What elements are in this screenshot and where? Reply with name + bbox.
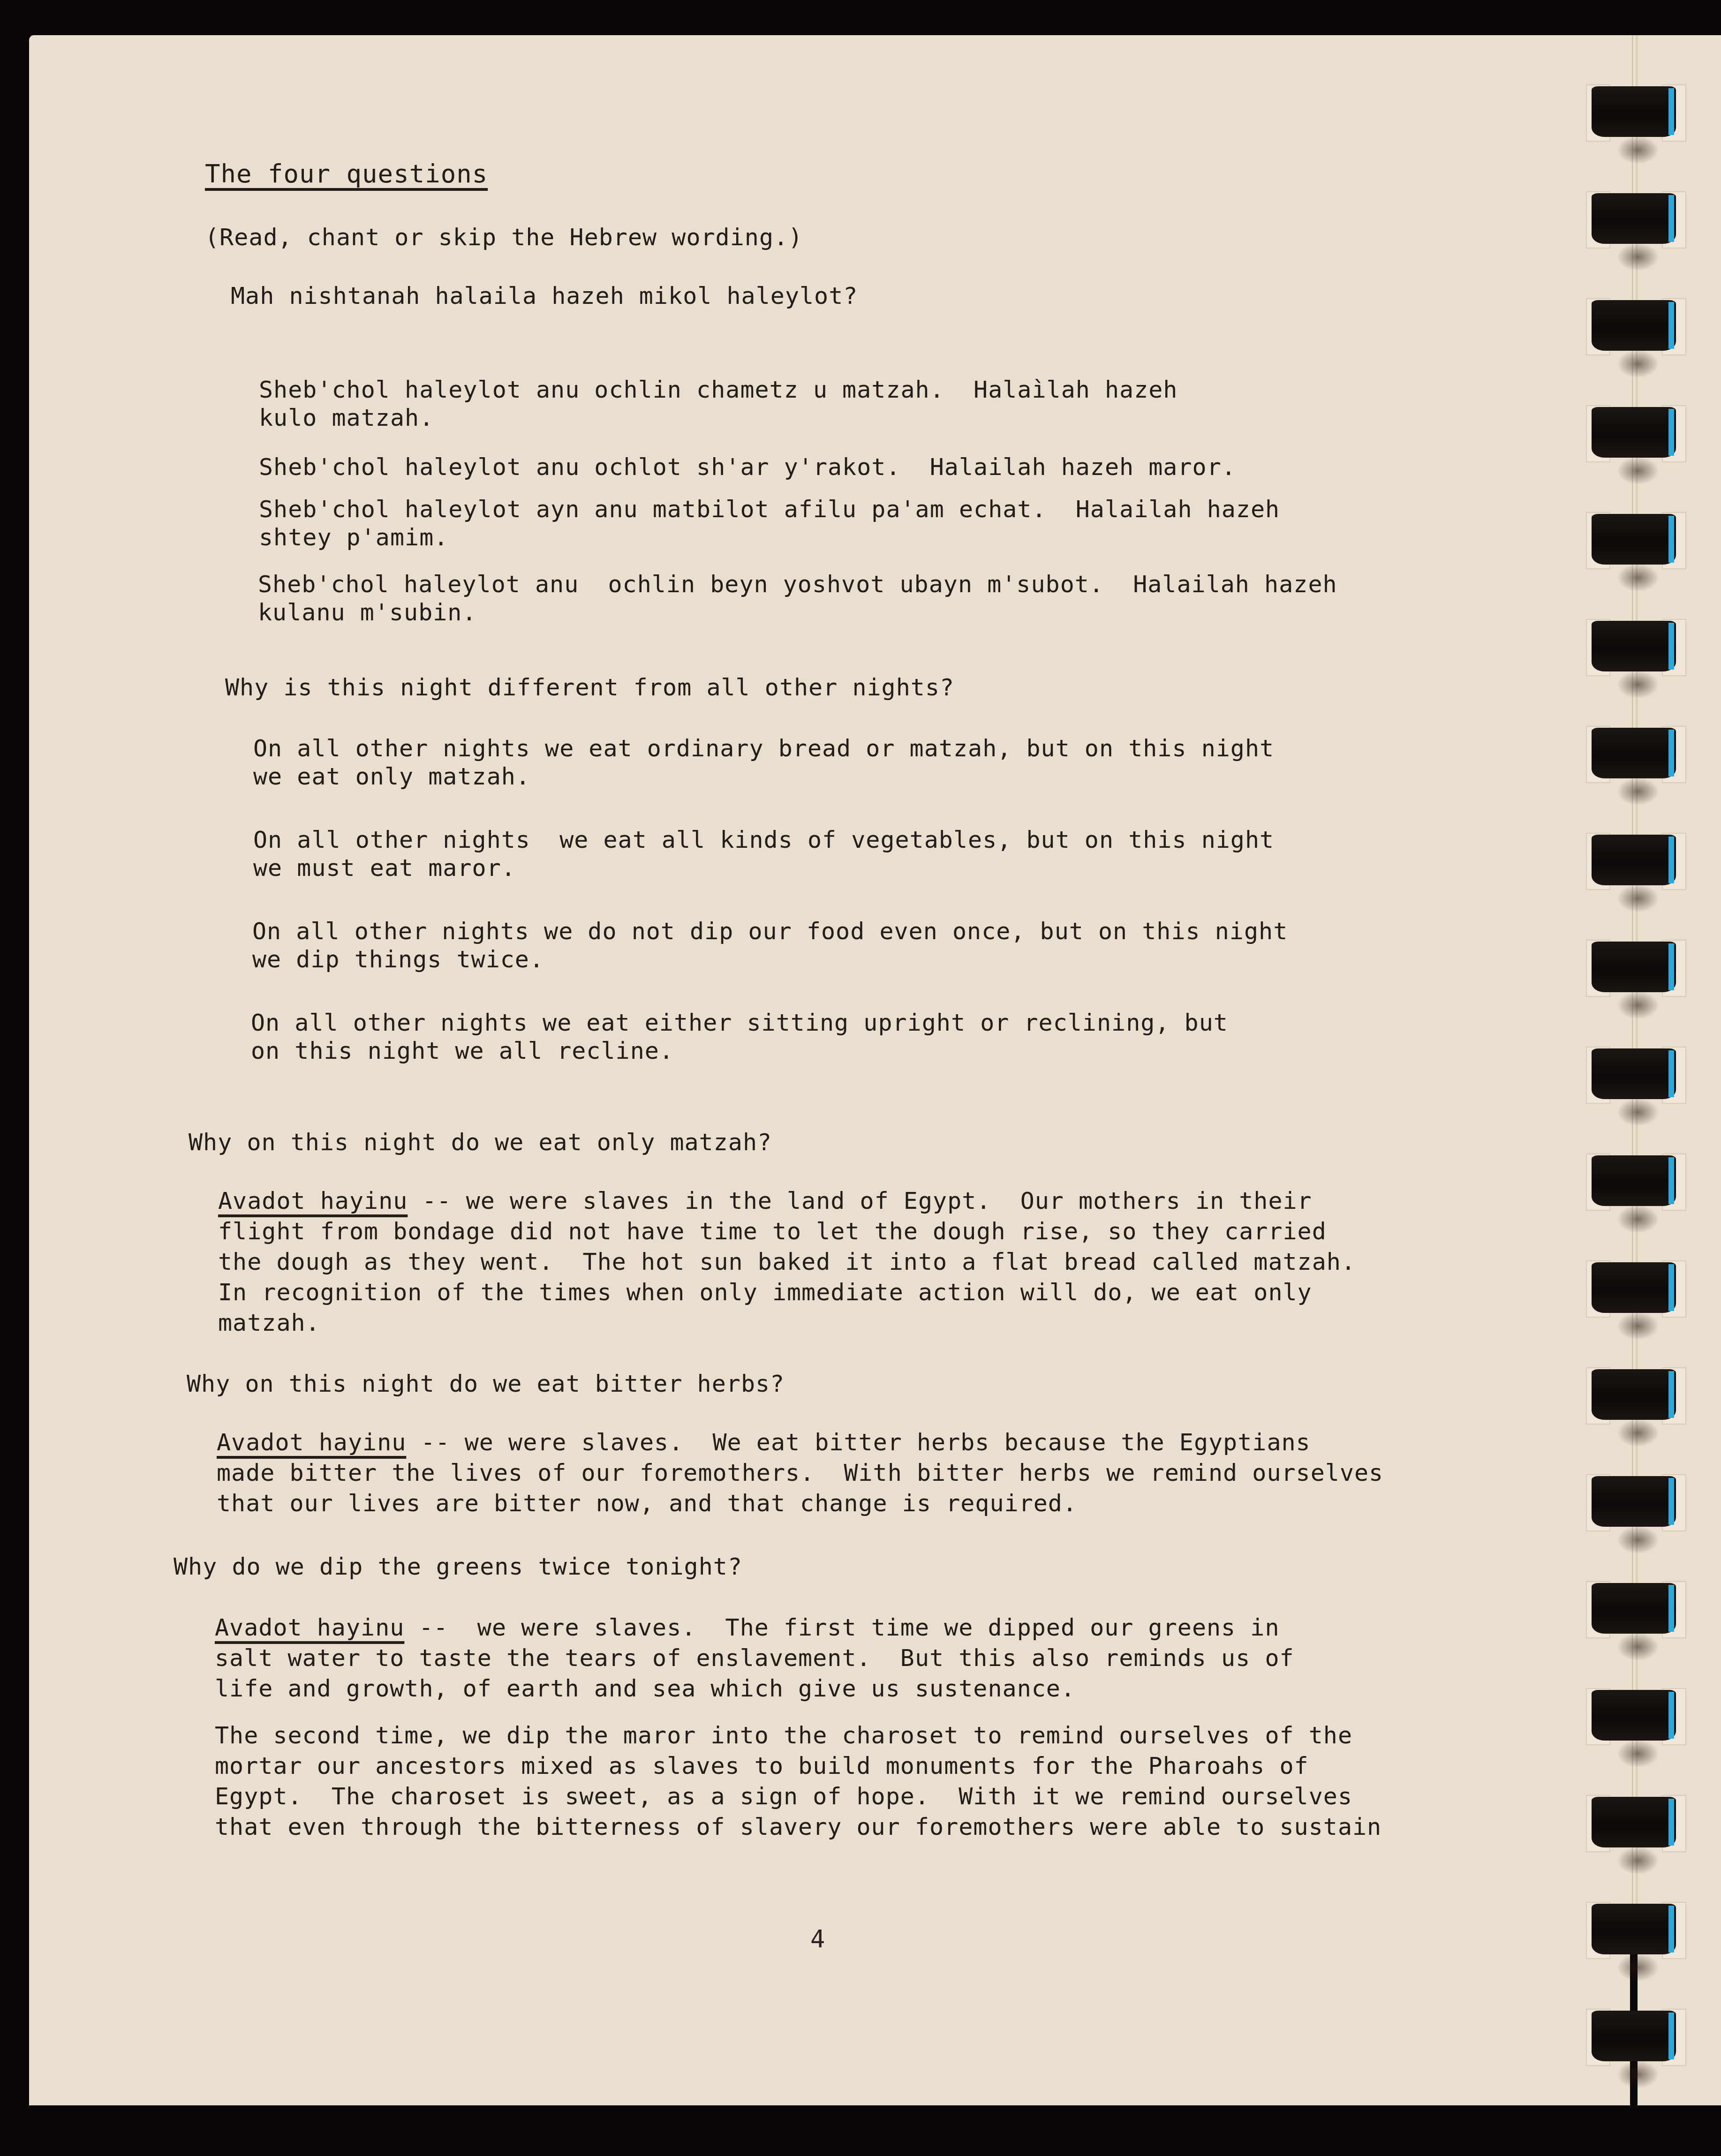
- avadot-hayinu-lead: Avadot hayinu: [218, 1187, 408, 1214]
- section-body-matzah-line2: flight from bondage did not have time to…: [218, 1217, 1327, 1246]
- section-continuation-line2: mortar our ancestors mixed as slaves to …: [215, 1751, 1309, 1780]
- section-question-matzah: Why on this night do we eat only matzah?: [189, 1128, 772, 1157]
- hebrew-answer-1a: Sheb'chol haleylot anu ochlin chametz u …: [259, 375, 1178, 404]
- avadot-hayinu-lead: Avadot hayinu: [217, 1429, 406, 1456]
- english-answer-4a: On all other nights we eat either sittin…: [251, 1008, 1228, 1037]
- english-answer-2b: we must eat maror.: [253, 853, 516, 882]
- section-continuation-line1: The second time, we dip the maror into t…: [215, 1721, 1352, 1750]
- binding-ring: [1589, 726, 1683, 781]
- hebrew-answer-4a: Sheb'chol haleylot anu ochlin beyn yoshv…: [258, 570, 1337, 599]
- english-answer-3a: On all other nights we do not dip our fo…: [252, 917, 1288, 946]
- hebrew-answer-1b: kulo matzah.: [259, 403, 434, 432]
- binding-ring: [1589, 2009, 1683, 2064]
- binding-ring: [1589, 1688, 1683, 1743]
- binding-ring: [1589, 1581, 1683, 1636]
- section-body-matzah-line3: the dough as they went. The hot sun bake…: [218, 1247, 1356, 1276]
- body-text: -- we were slaves. We eat bitter herbs b…: [406, 1429, 1310, 1456]
- hebrew-answer-4b: kulanu m'subin.: [258, 598, 477, 627]
- section-continuation-line4: that even through the bitterness of slav…: [215, 1812, 1381, 1841]
- english-answer-3b: we dip things twice.: [252, 945, 544, 974]
- binding-ring: [1589, 1047, 1683, 1102]
- binding-ring: [1589, 1474, 1683, 1530]
- page-title: The four questions: [205, 159, 488, 188]
- binding-ring: [1589, 405, 1683, 460]
- english-answer-1a: On all other nights we eat ordinary brea…: [253, 734, 1274, 763]
- section-body-greens-line2: salt water to taste the tears of enslave…: [215, 1643, 1294, 1673]
- english-answer-1b: we eat only matzah.: [253, 762, 530, 791]
- section-body-herbs-line1: Avadot hayinu -- we were slaves. We eat …: [217, 1428, 1311, 1457]
- avadot-hayinu-lead: Avadot hayinu: [215, 1614, 404, 1641]
- instruction-text: (Read, chant or skip the Hebrew wording.…: [205, 223, 803, 252]
- binding-ring: [1589, 84, 1683, 140]
- binding-ring: [1589, 1795, 1683, 1850]
- section-body-matzah-line4: In recognition of the times when only im…: [218, 1278, 1312, 1307]
- binding-ring: [1589, 1902, 1683, 1957]
- section-body-greens-line1: Avadot hayinu -- we were slaves. The fir…: [215, 1613, 1280, 1642]
- binding-ring: [1589, 191, 1683, 247]
- english-answer-4b: on this night we all recline.: [251, 1036, 674, 1065]
- body-text: -- we were slaves. The first time we dip…: [404, 1614, 1279, 1641]
- page-number: 4: [810, 1925, 825, 1954]
- section-question-dip-greens: Why do we dip the greens twice tonight?: [174, 1552, 742, 1581]
- section-body-matzah-line1: Avadot hayinu -- we were slaves in the l…: [218, 1186, 1312, 1215]
- section-body-greens-line3: life and growth, of earth and sea which …: [215, 1674, 1075, 1703]
- section-body-matzah-line5: matzah.: [218, 1308, 320, 1337]
- binding-ring: [1589, 1367, 1683, 1423]
- binding-ring: [1589, 1153, 1683, 1209]
- english-question: Why is this night different from all oth…: [225, 673, 954, 702]
- english-answer-2a: On all other nights we eat all kinds of …: [253, 825, 1274, 854]
- binding-ring: [1589, 619, 1683, 674]
- section-question-bitter-herbs: Why on this night do we eat bitter herbs…: [187, 1369, 785, 1398]
- hebrew-answer-2: Sheb'chol haleylot anu ochlot sh'ar y'ra…: [259, 452, 1236, 482]
- binding-ring: [1589, 940, 1683, 995]
- binding-ring: [1589, 1260, 1683, 1316]
- binding-ring: [1589, 833, 1683, 888]
- hebrew-question: Mah nishtanah halaila hazeh mikol haleyl…: [231, 281, 858, 310]
- hebrew-answer-3a: Sheb'chol haleylot ayn anu matbilot afil…: [259, 495, 1280, 524]
- binding-ring: [1589, 512, 1683, 567]
- section-continuation-line3: Egypt. The charoset is sweet, as a sign …: [215, 1782, 1352, 1811]
- hebrew-answer-3b: shtey p'amim.: [259, 523, 448, 552]
- binding-ring: [1589, 298, 1683, 354]
- section-body-herbs-line3: that our lives are bitter now, and that …: [217, 1489, 1077, 1518]
- body-text: -- we were slaves in the land of Egypt. …: [408, 1187, 1312, 1214]
- section-body-herbs-line2: made bitter the lives of our foremothers…: [217, 1458, 1383, 1487]
